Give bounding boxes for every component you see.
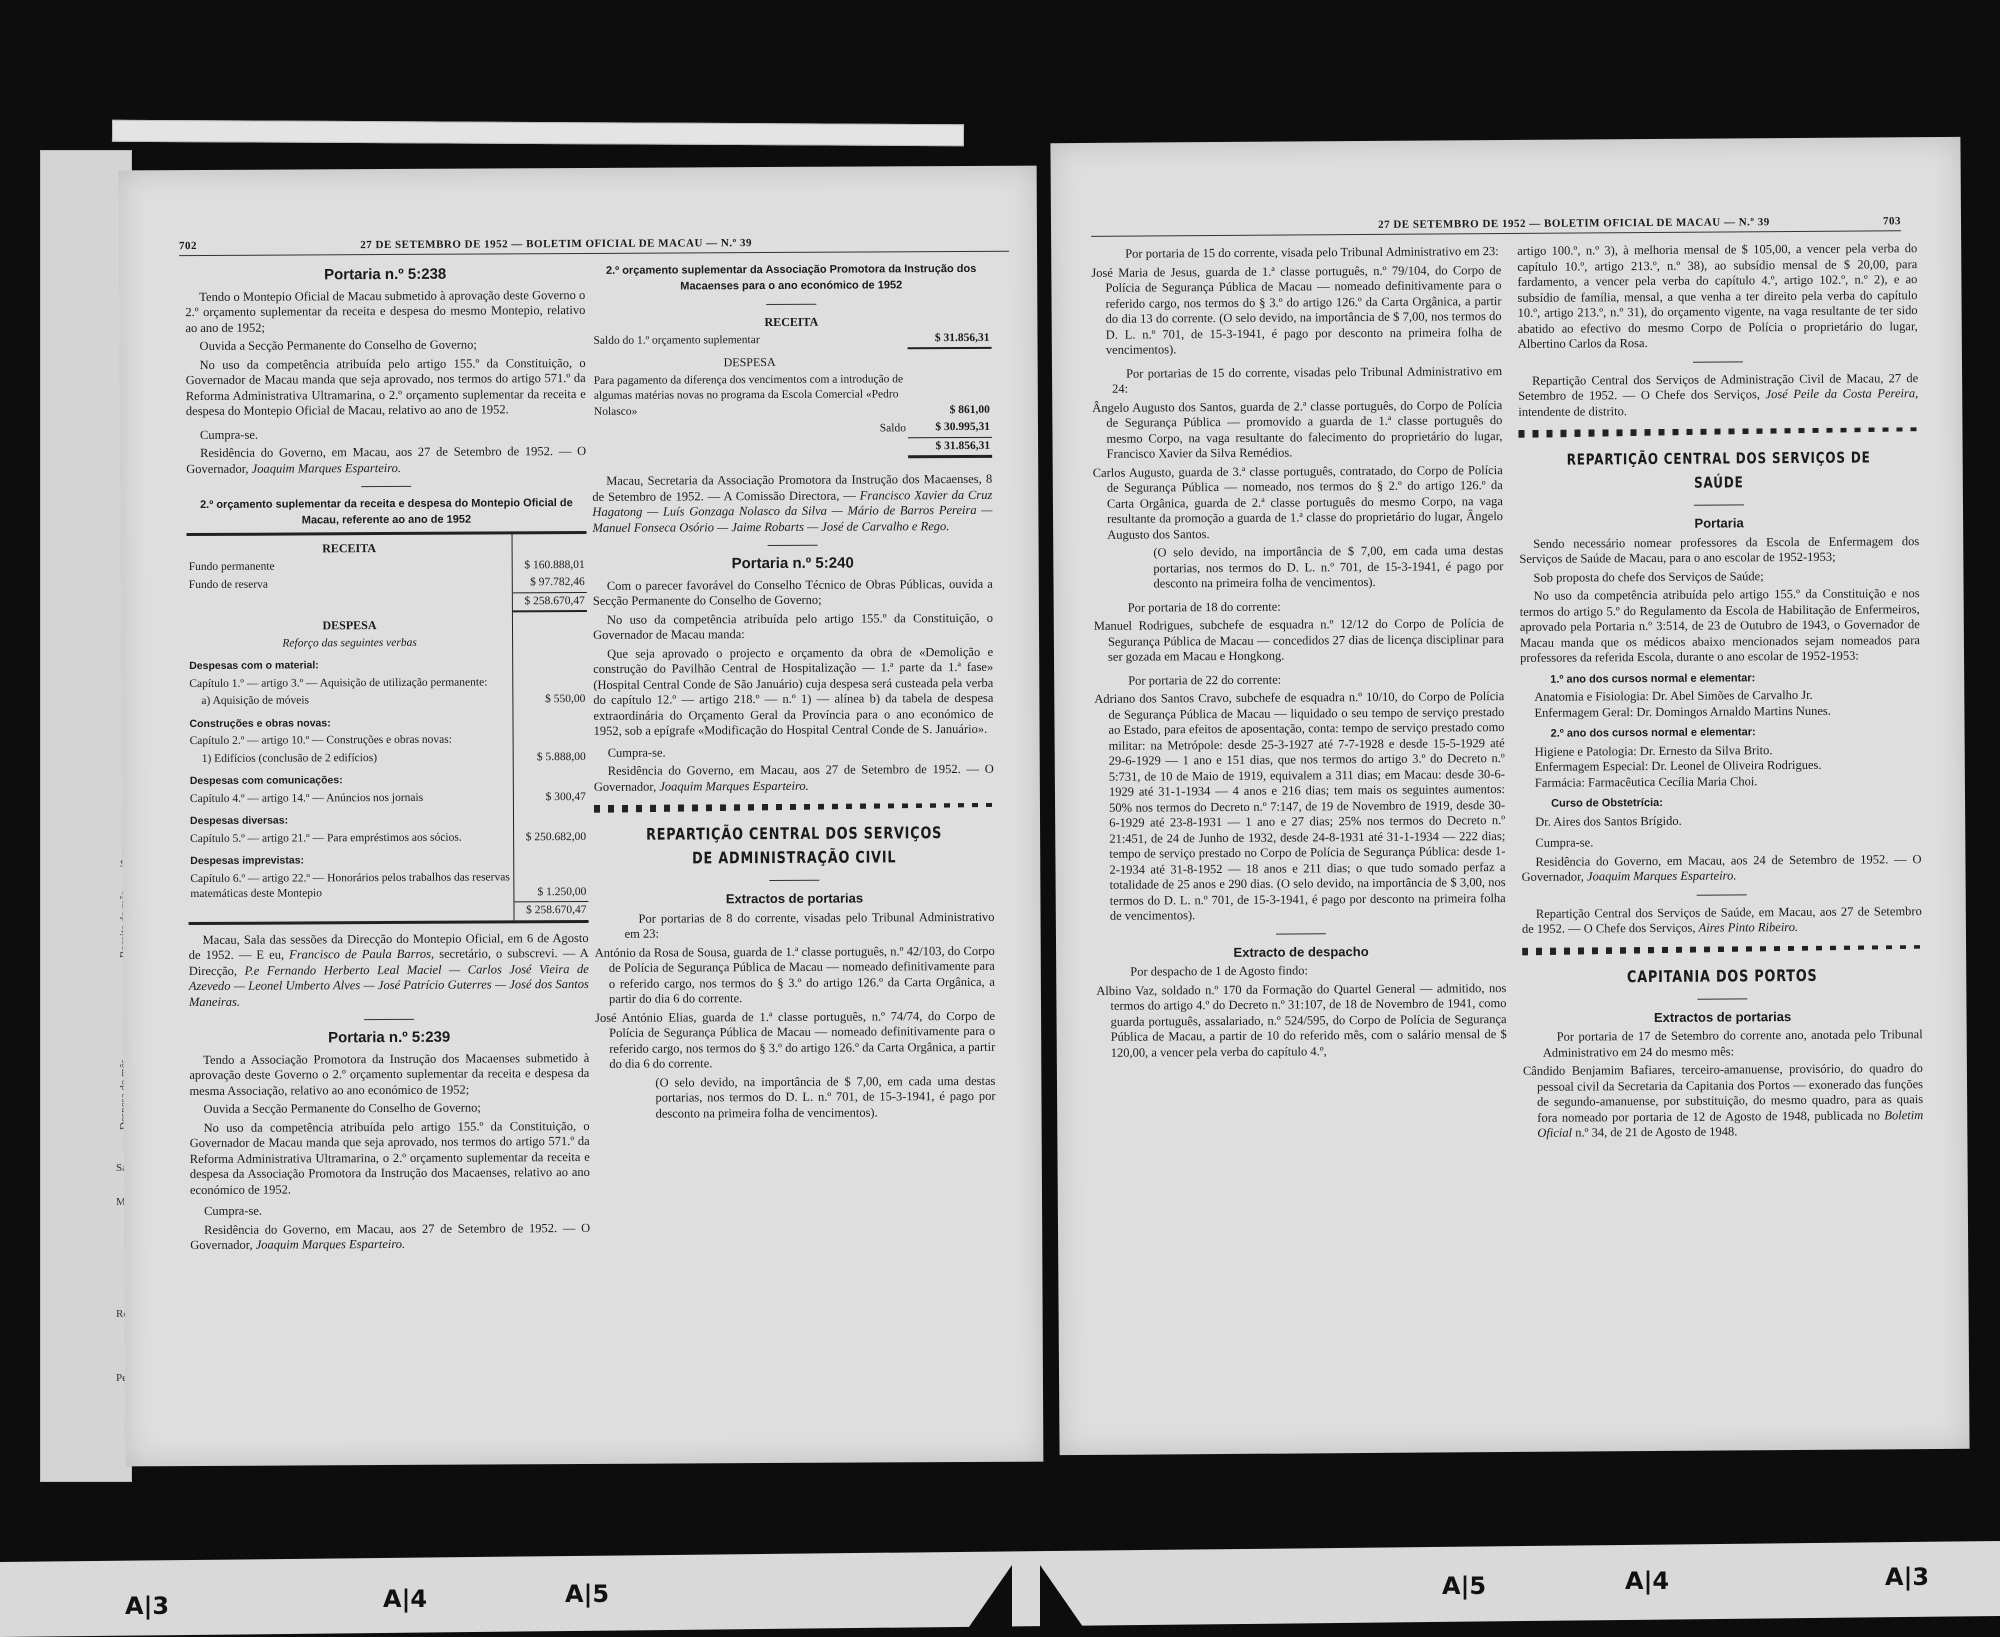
cumpra-se: Cumpra-se.	[186, 425, 586, 443]
paragraph: Tendo a Associação Promotora da Instruçã…	[189, 1050, 589, 1099]
list-item: Farmácia: Farmacêutica Cecília Maria Cho…	[1521, 773, 1921, 791]
closing: Residência do Governo, em Macau, aos 27 …	[594, 762, 994, 795]
reduction-marker: A|3	[1885, 1563, 1929, 1591]
intro: Por portarias de 15 do corrente, visadas…	[1092, 364, 1502, 398]
list-item: Adriano dos Santos Cravo, subchefe de es…	[1094, 689, 1506, 924]
left-page: 702 27 DE SETEMBRO DE 1952 — BOLETIM OFI…	[119, 166, 1044, 1467]
section-separator	[1522, 945, 1922, 956]
table-row: Capítulo 6.º — artigo 22.º — Honorários …	[188, 868, 588, 903]
page-number: 703	[1883, 215, 1901, 227]
cumpra-se: Cumpra-se.	[594, 743, 994, 761]
paragraph: No uso da competência atribuída pelo art…	[1520, 586, 1921, 666]
receita-heading: RECEITA	[187, 533, 513, 559]
despesa-heading: DESPESA	[187, 611, 513, 635]
list-item: Ângelo Augusto dos Santos, guarda de 2.ª…	[1092, 398, 1502, 463]
section-separator	[594, 803, 994, 813]
list-item: Carlos Augusto, guarda de 3.ª classe por…	[1093, 463, 1504, 543]
reduction-marker: A|5	[565, 1580, 609, 1608]
right-page: 27 DE SETEMBRO DE 1952 — BOLETIM OFICIAL…	[1050, 137, 1969, 1455]
table-total-row: $ 258.670,47	[188, 901, 588, 921]
table-row: Fundo de reserva$ 97.782,46	[187, 574, 587, 594]
paragraph: Ouvida a Secção Permanente do Conselho d…	[189, 1100, 589, 1118]
table-row: a) Aquisição de móveis$ 550,00	[187, 691, 587, 711]
admin-closing: Repartição Central dos Serviços de Admin…	[1518, 371, 1918, 420]
section-separator	[1518, 427, 1918, 438]
reduction-marker: A|3	[125, 1592, 169, 1620]
despesa-heading: DESPESA	[592, 348, 908, 372]
divider	[1693, 361, 1743, 362]
divider	[769, 880, 819, 881]
divider	[768, 545, 818, 546]
despesa-subtitle: Reforço das seguintes verbas	[187, 634, 513, 653]
section-subtitle: Extracto de despacho	[1096, 943, 1506, 961]
list-item: Manuel Rodrigues, subchefe de esquadra n…	[1094, 616, 1504, 665]
page-number: 702	[179, 240, 197, 252]
table-row: Para pagamento da diferença dos vencimen…	[592, 370, 992, 421]
center-triangle-left-icon	[962, 1565, 1012, 1637]
reduction-marker: A|5	[1442, 1572, 1486, 1600]
running-head: 27 DE SETEMBRO DE 1952 — BOLETIM OFICIAL…	[1091, 215, 1901, 237]
table-row: Capítulo 5.º — artigo 21.º — Para emprés…	[188, 828, 588, 848]
paragraph: No uso da competência atribuída pelo art…	[186, 355, 586, 419]
table-row: Capítulo 4.º — artigo 14.º — Anúncios no…	[188, 788, 588, 808]
department-title: REPARTIÇÃO CENTRAL DOS SERVIÇOS DE SAÚDE	[1559, 445, 1879, 495]
center-triangle-right-icon	[1040, 1565, 1090, 1637]
course-heading: Curso de Obstetrícia:	[1551, 794, 1921, 812]
department-title: CAPITANIA DOS PORTOS	[1562, 963, 1882, 989]
divider	[766, 304, 816, 305]
divider	[1276, 933, 1326, 934]
continuation: artigo 100.º, n.º 3), à melhoria mensal …	[1517, 241, 1918, 352]
running-head: 702 27 DE SETEMBRO DE 1952 — BOLETIM OFI…	[179, 236, 1009, 256]
closing: Residência do Governo, em Macau, aos 24 …	[1521, 852, 1921, 886]
closing: Residência do Governo, em Macau, aos 27 …	[190, 1220, 590, 1253]
intro: Por portaria de 17 de Setembro do corren…	[1523, 1027, 1923, 1061]
budget-table-associacao: Saldo do 1.º orçamento suplementar$ 31.8…	[591, 329, 992, 460]
section-subtitle: Extractos de portarias	[1522, 1008, 1922, 1026]
left-column-2: 2.º orçamento suplementar da Associação …	[591, 258, 996, 1125]
paragraph: Sob proposta do chefe dos Serviços de Sa…	[1519, 568, 1919, 586]
paragraph: Que seja aprovado o projecto e orçamento…	[593, 644, 993, 739]
course-heading: 1.º ano dos cursos normal e elementar:	[1550, 670, 1920, 688]
page-stack-edge	[40, 150, 132, 1482]
budget-table-montepio: RECEITA Fundo permanente$ 160.888,01 Fun…	[187, 531, 589, 922]
divider	[1697, 998, 1747, 999]
reduction-marker: A|4	[1625, 1567, 1669, 1595]
list-item: Cândido Benjamim Bafiares, terceiro-aman…	[1523, 1061, 1924, 1141]
intro: Por portaria de 18 do corrente:	[1094, 598, 1504, 616]
note: (O selo devido, na importância de $ 7,00…	[1153, 543, 1503, 592]
right-column-1: Por portaria de 15 do corrente, visada p…	[1091, 244, 1507, 1064]
course-heading: 2.º ano dos cursos normal e elementar:	[1551, 724, 1921, 742]
paragraph: Sendo necessário nomear professores da E…	[1519, 534, 1919, 568]
signature: Joaquim Marques Esparteiro.	[252, 460, 401, 475]
running-head-text: 27 DE SETEMBRO DE 1952 — BOLETIM OFICIAL…	[360, 237, 752, 251]
paragraph: Ouvida a Secção Permanente do Conselho d…	[185, 337, 585, 355]
divider	[364, 1019, 414, 1020]
note: (O selo devido, na importância de $ 7,00…	[655, 1073, 995, 1121]
cumpra-se: Cumpra-se.	[190, 1202, 590, 1220]
left-column-1: Portaria n.º 5:238 Tendo o Montepio Ofic…	[185, 260, 590, 1257]
paragraph: Com o parecer favorável do Conselho Técn…	[593, 576, 993, 609]
right-column-2: artigo 100.º, n.º 3), à melhoria mensal …	[1517, 241, 1923, 1144]
section-subtitle: Extractos de portarias	[594, 890, 994, 908]
list-item: António da Rosa de Sousa, guarda de 1.ª …	[595, 943, 995, 1007]
table-row: 1) Edifícios (conclusão de 2 edifícios)$…	[188, 748, 588, 768]
table-row: Saldo do 1.º orçamento suplementar$ 31.8…	[591, 329, 991, 350]
table-row: Saldo$ 30.995,31	[592, 419, 992, 439]
paragraph: No uso da competência atribuída pelo art…	[593, 610, 993, 643]
table-total-row: $ 258.670,47	[187, 592, 587, 613]
section-title: Portaria n.º 5:238	[185, 266, 585, 284]
paragraph: No uso da competência atribuída pelo art…	[190, 1118, 590, 1198]
table-total-row: $ 31.856,31	[592, 437, 992, 459]
divider	[1694, 504, 1744, 505]
list-item: José António Elias, guarda de 1.ª classe…	[595, 1008, 995, 1072]
table-row: Fundo permanente$ 160.888,01	[187, 556, 587, 576]
intro: Por despacho de 1 de Agosto findo:	[1096, 962, 1506, 980]
budget-title: 2.º orçamento suplementar da Associação …	[591, 262, 991, 295]
list-item: Enfermagem Geral: Dr. Domingos Arnaldo M…	[1520, 703, 1920, 721]
paragraph: Tendo o Montepio Oficial de Macau submet…	[185, 287, 585, 336]
closing: Repartição Central dos Serviços de Saúde…	[1522, 904, 1922, 938]
reduction-marker: A|4	[383, 1585, 427, 1613]
divider	[361, 486, 411, 487]
list-item: Albino Vaz, soldado n.º 170 da Formação …	[1096, 981, 1507, 1061]
running-head-text: 27 DE SETEMBRO DE 1952 — BOLETIM OFICIAL…	[1378, 216, 1770, 231]
page-stack-top	[112, 120, 964, 146]
list-item: Dr. Aires dos Santos Brígido.	[1521, 812, 1921, 830]
section-subtitle: Portaria	[1519, 514, 1919, 532]
section-title: Portaria n.º 5:240	[593, 555, 993, 573]
section-title: Portaria n.º 5:239	[189, 1029, 589, 1047]
intro: Por portarias de 8 do corrente, visadas …	[594, 909, 994, 942]
divider	[1697, 894, 1747, 895]
intro: Por portaria de 15 do corrente, visada p…	[1091, 244, 1501, 262]
cumpra-se: Cumpra-se.	[1521, 833, 1921, 851]
montepio-closing: Macau, Sala das sessões da Direcção do M…	[189, 930, 589, 1010]
list-item: José Maria de Jesus, guarda de 1.ª class…	[1091, 263, 1502, 359]
closing: Residência do Governo, em Macau, aos 27 …	[186, 444, 586, 477]
department-title: REPARTIÇÃO CENTRAL DOS SERVIÇOS DE ADMIN…	[634, 821, 954, 871]
associacao-closing: Macau, Secretaria da Associação Promotor…	[592, 472, 992, 536]
intro: Por portaria de 22 do corrente:	[1094, 671, 1504, 689]
budget-title: 2.º orçamento suplementar da receita e d…	[186, 496, 586, 529]
